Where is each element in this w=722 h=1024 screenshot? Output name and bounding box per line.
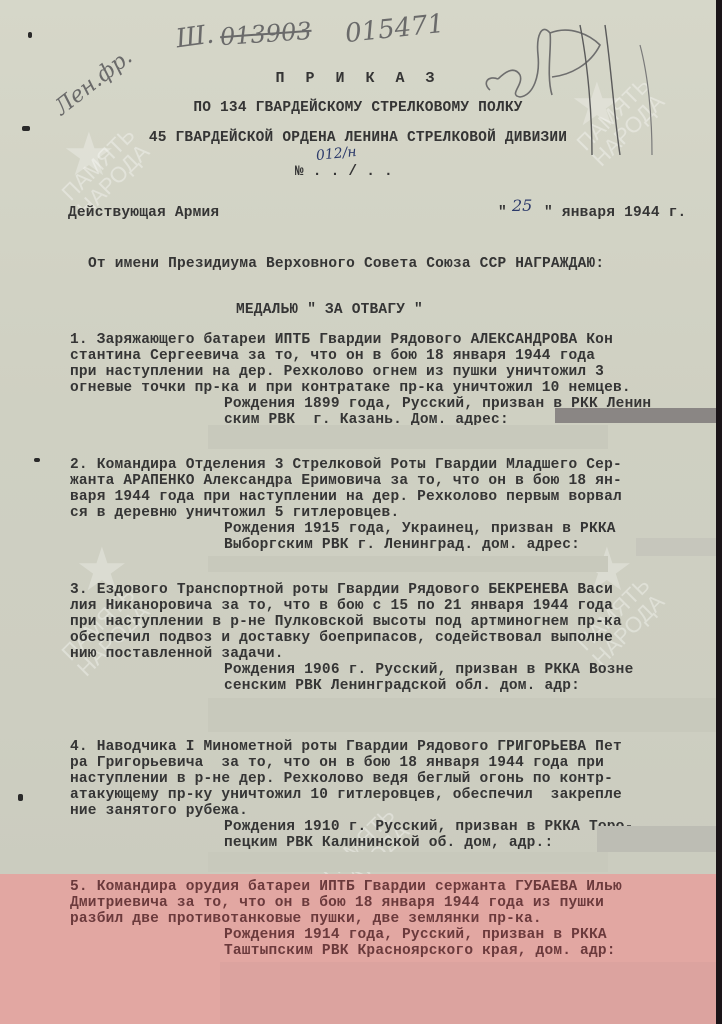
preamble: От имени Президиума Верховного Совета Со… <box>88 257 604 272</box>
handwritten-crossed-number: 013903 <box>219 17 312 51</box>
entry-line: варя 1944 года при наступлении на дер. Р… <box>70 490 622 505</box>
header-division: 45 ГВАРДЕЙСКОЙ ОРДЕНА ЛЕНИНА СТРЕЛКОВОЙ … <box>0 131 716 146</box>
entry-line: 4. Наводчика I Минометной роты Гвардии Р… <box>70 740 622 755</box>
redacted-address <box>597 826 716 852</box>
entry-bio: Рождения 1910 г. Русский, призван в РККА… <box>224 820 633 835</box>
entry-bio: сенским РВК Ленинградской обл. дом. адр: <box>224 679 580 694</box>
punch-hole <box>28 32 32 38</box>
entry-line: обеспечил подвоз и доставку боеприпасов,… <box>70 631 613 646</box>
entry-bio: Рождения 1906 г. Русский, призван в РККА… <box>224 663 633 678</box>
document-page: ★ ПАМЯТЬ НАРОДА ★ ПАМЯТЬ НАРОДА ★ ПАМЯТЬ… <box>0 0 716 1024</box>
header-regiment: ПО 134 ГВАРДЕЙСКОМУ СТРЕЛКОВОМУ ПОЛКУ <box>0 101 716 116</box>
order-number-line: № . . / . . <box>295 165 393 180</box>
punch-hole <box>34 458 40 462</box>
date-prefix: " <box>498 206 507 221</box>
redacted-address-area <box>220 962 716 1024</box>
redacted-address-area <box>208 698 716 732</box>
redacted-address <box>636 538 716 556</box>
entry-bio: Таштыпским РВК Красноярского края, дом. … <box>224 944 616 959</box>
entry-bio: Рождения 1915 года, Украинец, призван в … <box>224 522 616 537</box>
handwritten-archive-number: 015471 <box>344 9 446 49</box>
entry-line: при наступлении в р-не Пулковской высоты… <box>70 615 622 630</box>
entry-bio: Рождения 1914 года, Русский, призван в Р… <box>224 928 607 943</box>
entry-line: жанта АРАПЕНКО Александра Еримовича за т… <box>70 474 622 489</box>
entry-line: стантина Сергеевича за то, что он в бою … <box>70 349 595 364</box>
handwritten-order-number: 012/н <box>315 144 357 164</box>
entry-line: Дмитриевича за то, что он в бою 18 январ… <box>70 896 604 911</box>
entry-line: ра Григорьевича за то, что он в бою 18 я… <box>70 756 604 771</box>
entry-bio: пецким РВК Калининской об. дом, адр.: <box>224 836 553 851</box>
entry-line: разбил две противотанковые пушки, две зе… <box>70 912 542 927</box>
handwritten-archive-label: Ш. <box>174 20 216 55</box>
redacted-address-area <box>208 425 608 449</box>
entry-line: ние занятого рубежа. <box>70 804 248 819</box>
redacted-address <box>555 408 716 423</box>
award-title: МЕДАЛЬЮ " ЗА ОТВАГУ " <box>236 303 423 318</box>
entry-line: при наступлении на дер. Рехколово огнем … <box>70 365 604 380</box>
entry-line: 5. Командира орудия батареи ИПТБ Гвардии… <box>70 880 622 895</box>
entry-line: 3. Ездового Транспортной роты Гвардии Ря… <box>70 583 613 598</box>
punch-hole <box>18 794 23 801</box>
entry-line: 2. Командира Отделения 3 Стрелковой Роты… <box>70 458 622 473</box>
entry-line: 1. Заряжающего батареи ИПТБ Гвардии Рядо… <box>70 333 613 348</box>
entry-line: огневые точки пр-ка и при контратаке пр-… <box>70 381 631 396</box>
entry-line: наступлении в р-не дер. Рехколово ведя б… <box>70 772 613 787</box>
entry-line: нию поставленной задачи. <box>70 647 284 662</box>
scan-border <box>716 0 722 1024</box>
redacted-address-area <box>208 556 608 572</box>
entry-line: атакующему пр-ку уничтожил 10 гитлеровце… <box>70 788 622 803</box>
redacted-address-area <box>208 852 608 872</box>
date-suffix: " января 1944 г. <box>544 206 686 221</box>
place-label: Действующая Армия <box>68 206 219 221</box>
entry-bio: Выборгским РВК г. Ленинград. дом. адрес: <box>224 538 580 553</box>
handwritten-date-day: 25 <box>512 196 532 215</box>
document-title: П Р И К А З <box>0 71 716 86</box>
entry-line: лия Никаноровича за то, что в бою с 15 п… <box>70 599 613 614</box>
entry-line: ся в деревню уничтожил 5 гитлеровцев. <box>70 506 399 521</box>
